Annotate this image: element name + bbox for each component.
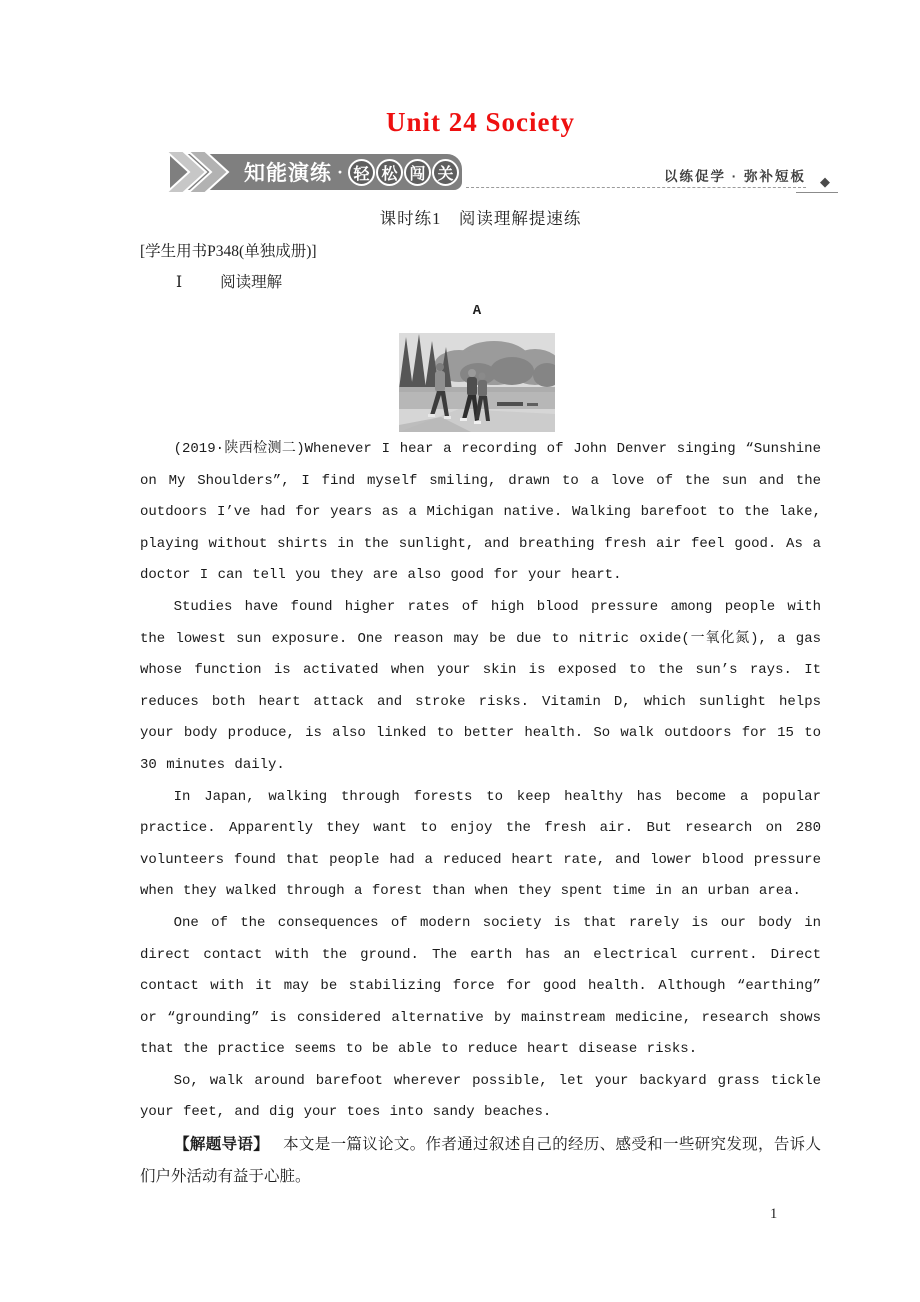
banner-separator-dot: · (337, 162, 343, 183)
lesson-title: 课时练1 阅读理解提速练 (140, 205, 821, 229)
banner-right-label: 以练促学 · 弥补短板 (664, 165, 806, 185)
page-title: Unit 24 Society (140, 107, 821, 138)
analysis-guide: 【解题导语】本文是一篇议论文。作者通过叙述自己的经历、感受和一些研究发现，告诉人… (140, 1129, 821, 1192)
paragraph: (2019·陕西检测二)Whenever I hear a recording … (140, 434, 821, 592)
circled-char: 松 (376, 159, 403, 186)
section-banner: 知能演练 · 轻 松 闯 关 以练促学 · 弥补短板 ◆ (166, 150, 838, 196)
circled-char: 关 (432, 159, 459, 186)
part-heading: Ⅰ阅读理解 (176, 270, 282, 292)
paragraph: One of the consequences of modern societ… (140, 908, 821, 1066)
dashed-rule (466, 187, 806, 188)
page-number: 1 (770, 1206, 777, 1223)
paragraph: In Japan, walking through forests to kee… (140, 782, 821, 908)
reading-passage: (2019·陕西检测二)Whenever I hear a recording … (140, 434, 821, 1192)
guide-label: 【解题导语】 (174, 1136, 269, 1153)
student-book-reference: [学生用书P348(单独成册)] (140, 239, 317, 261)
paragraph: Studies have found higher rates of high … (140, 592, 821, 782)
park-walking-photo (399, 333, 555, 432)
circled-char: 轻 (348, 159, 375, 186)
part-title: 阅读理解 (220, 274, 282, 291)
banner-left-label: 知能演练 (244, 157, 332, 187)
part-numeral: Ⅰ (176, 274, 182, 291)
diamond-icon: ◆ (820, 174, 830, 190)
circled-char: 闯 (404, 159, 431, 186)
paragraph: So, walk around barefoot wherever possib… (140, 1066, 821, 1129)
end-rule (796, 192, 838, 193)
chevron-right-icon (164, 150, 236, 194)
passage-label: A (399, 303, 555, 319)
document-page: Unit 24 Society 知能演练 · 轻 松 闯 关 以练促学 · 弥补… (0, 0, 920, 1302)
